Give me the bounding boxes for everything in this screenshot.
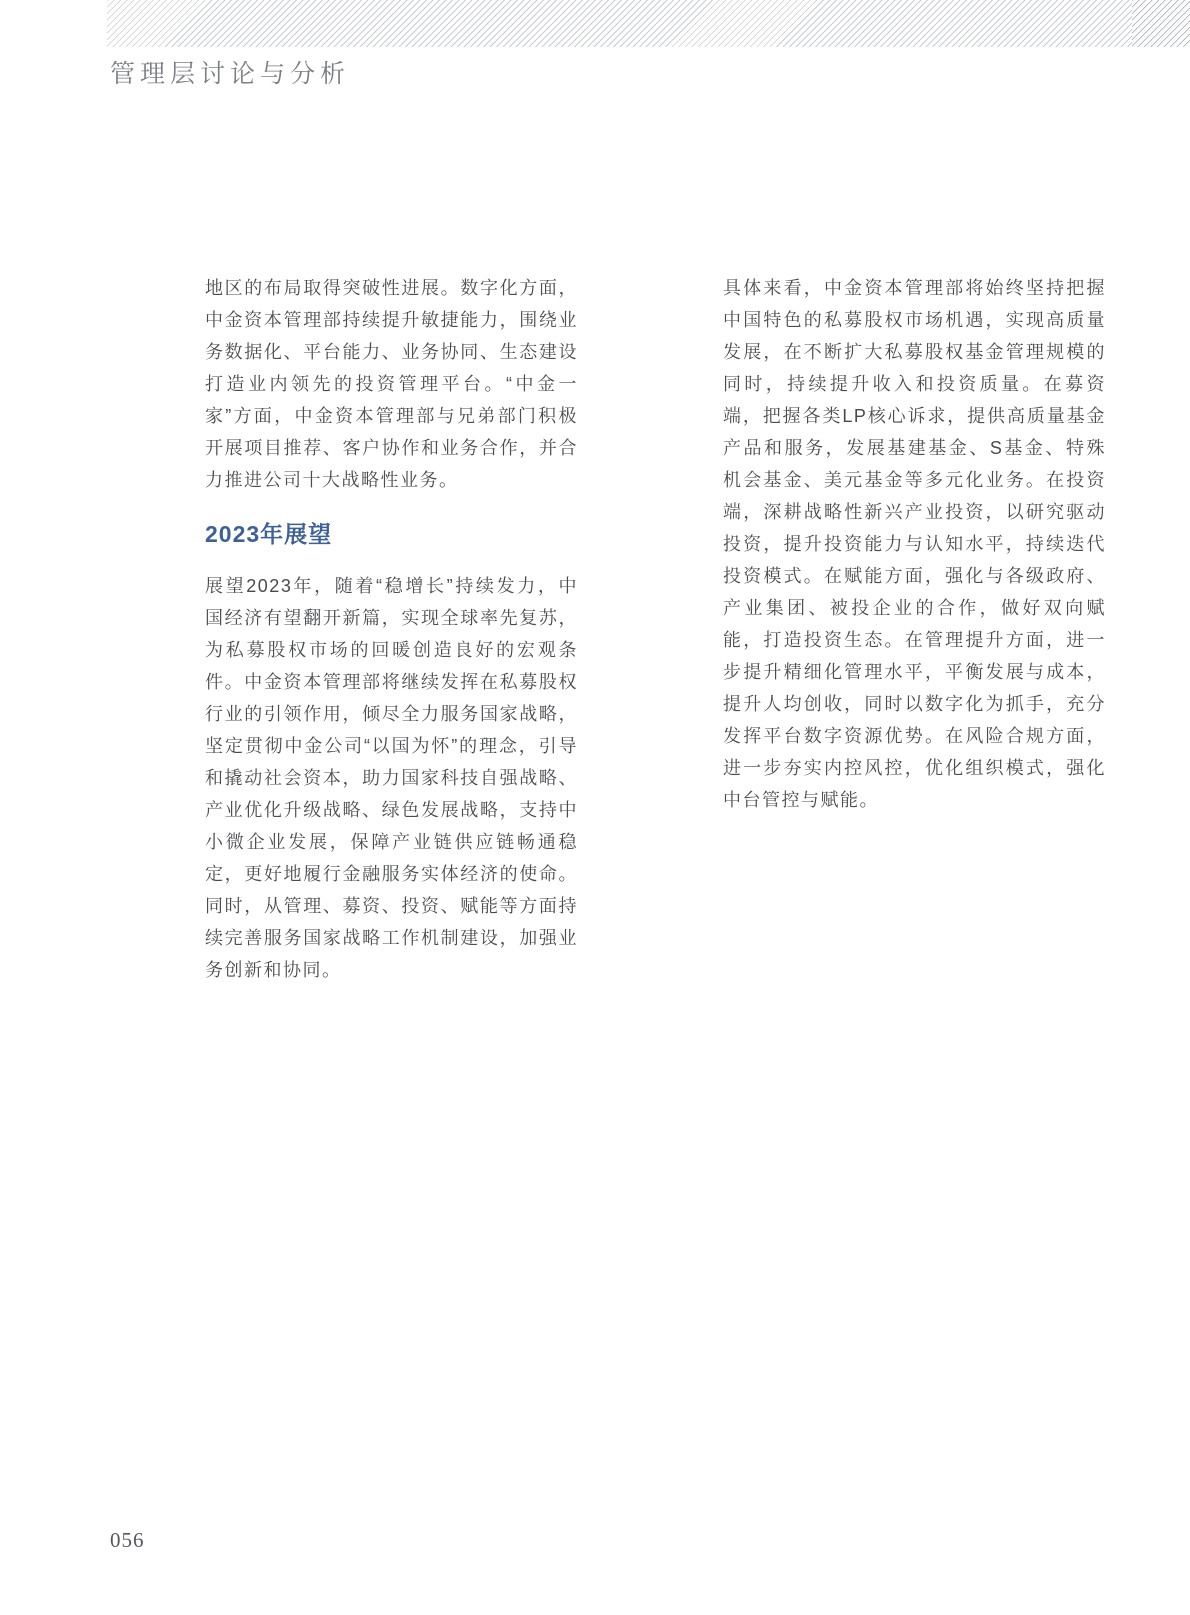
decorative-hatch-band xyxy=(107,0,1190,47)
heading-2023-outlook: 2023年展望 xyxy=(205,520,578,548)
left-column: 地区的布局取得突破性进展。数字化方面，中金资本管理部持续提升敏捷能力，围绕业务数… xyxy=(205,272,578,986)
paragraph-strategy-detail: 具体来看，中金资本管理部将始终坚持把握中国特色的私募股权市场机遇，实现高质量发展… xyxy=(723,272,1106,816)
paragraph-digitalization: 地区的布局取得突破性进展。数字化方面，中金资本管理部持续提升敏捷能力，围绕业务数… xyxy=(205,272,578,496)
paragraph-2023-outlook: 展望2023年，随着“稳增长”持续发力，中国经济有望翻开新篇，实现全球率先复苏，… xyxy=(205,570,578,986)
right-column: 具体来看，中金资本管理部将始终坚持把握中国特色的私募股权市场机遇，实现高质量发展… xyxy=(723,272,1106,816)
report-page: 管理层讨论与分析 地区的布局取得突破性进展。数字化方面，中金资本管理部持续提升敏… xyxy=(0,0,1190,1615)
decorative-hatch-accent xyxy=(1132,0,1190,47)
page-section-title: 管理层讨论与分析 xyxy=(110,60,350,90)
page-number: 056 xyxy=(110,1528,145,1553)
